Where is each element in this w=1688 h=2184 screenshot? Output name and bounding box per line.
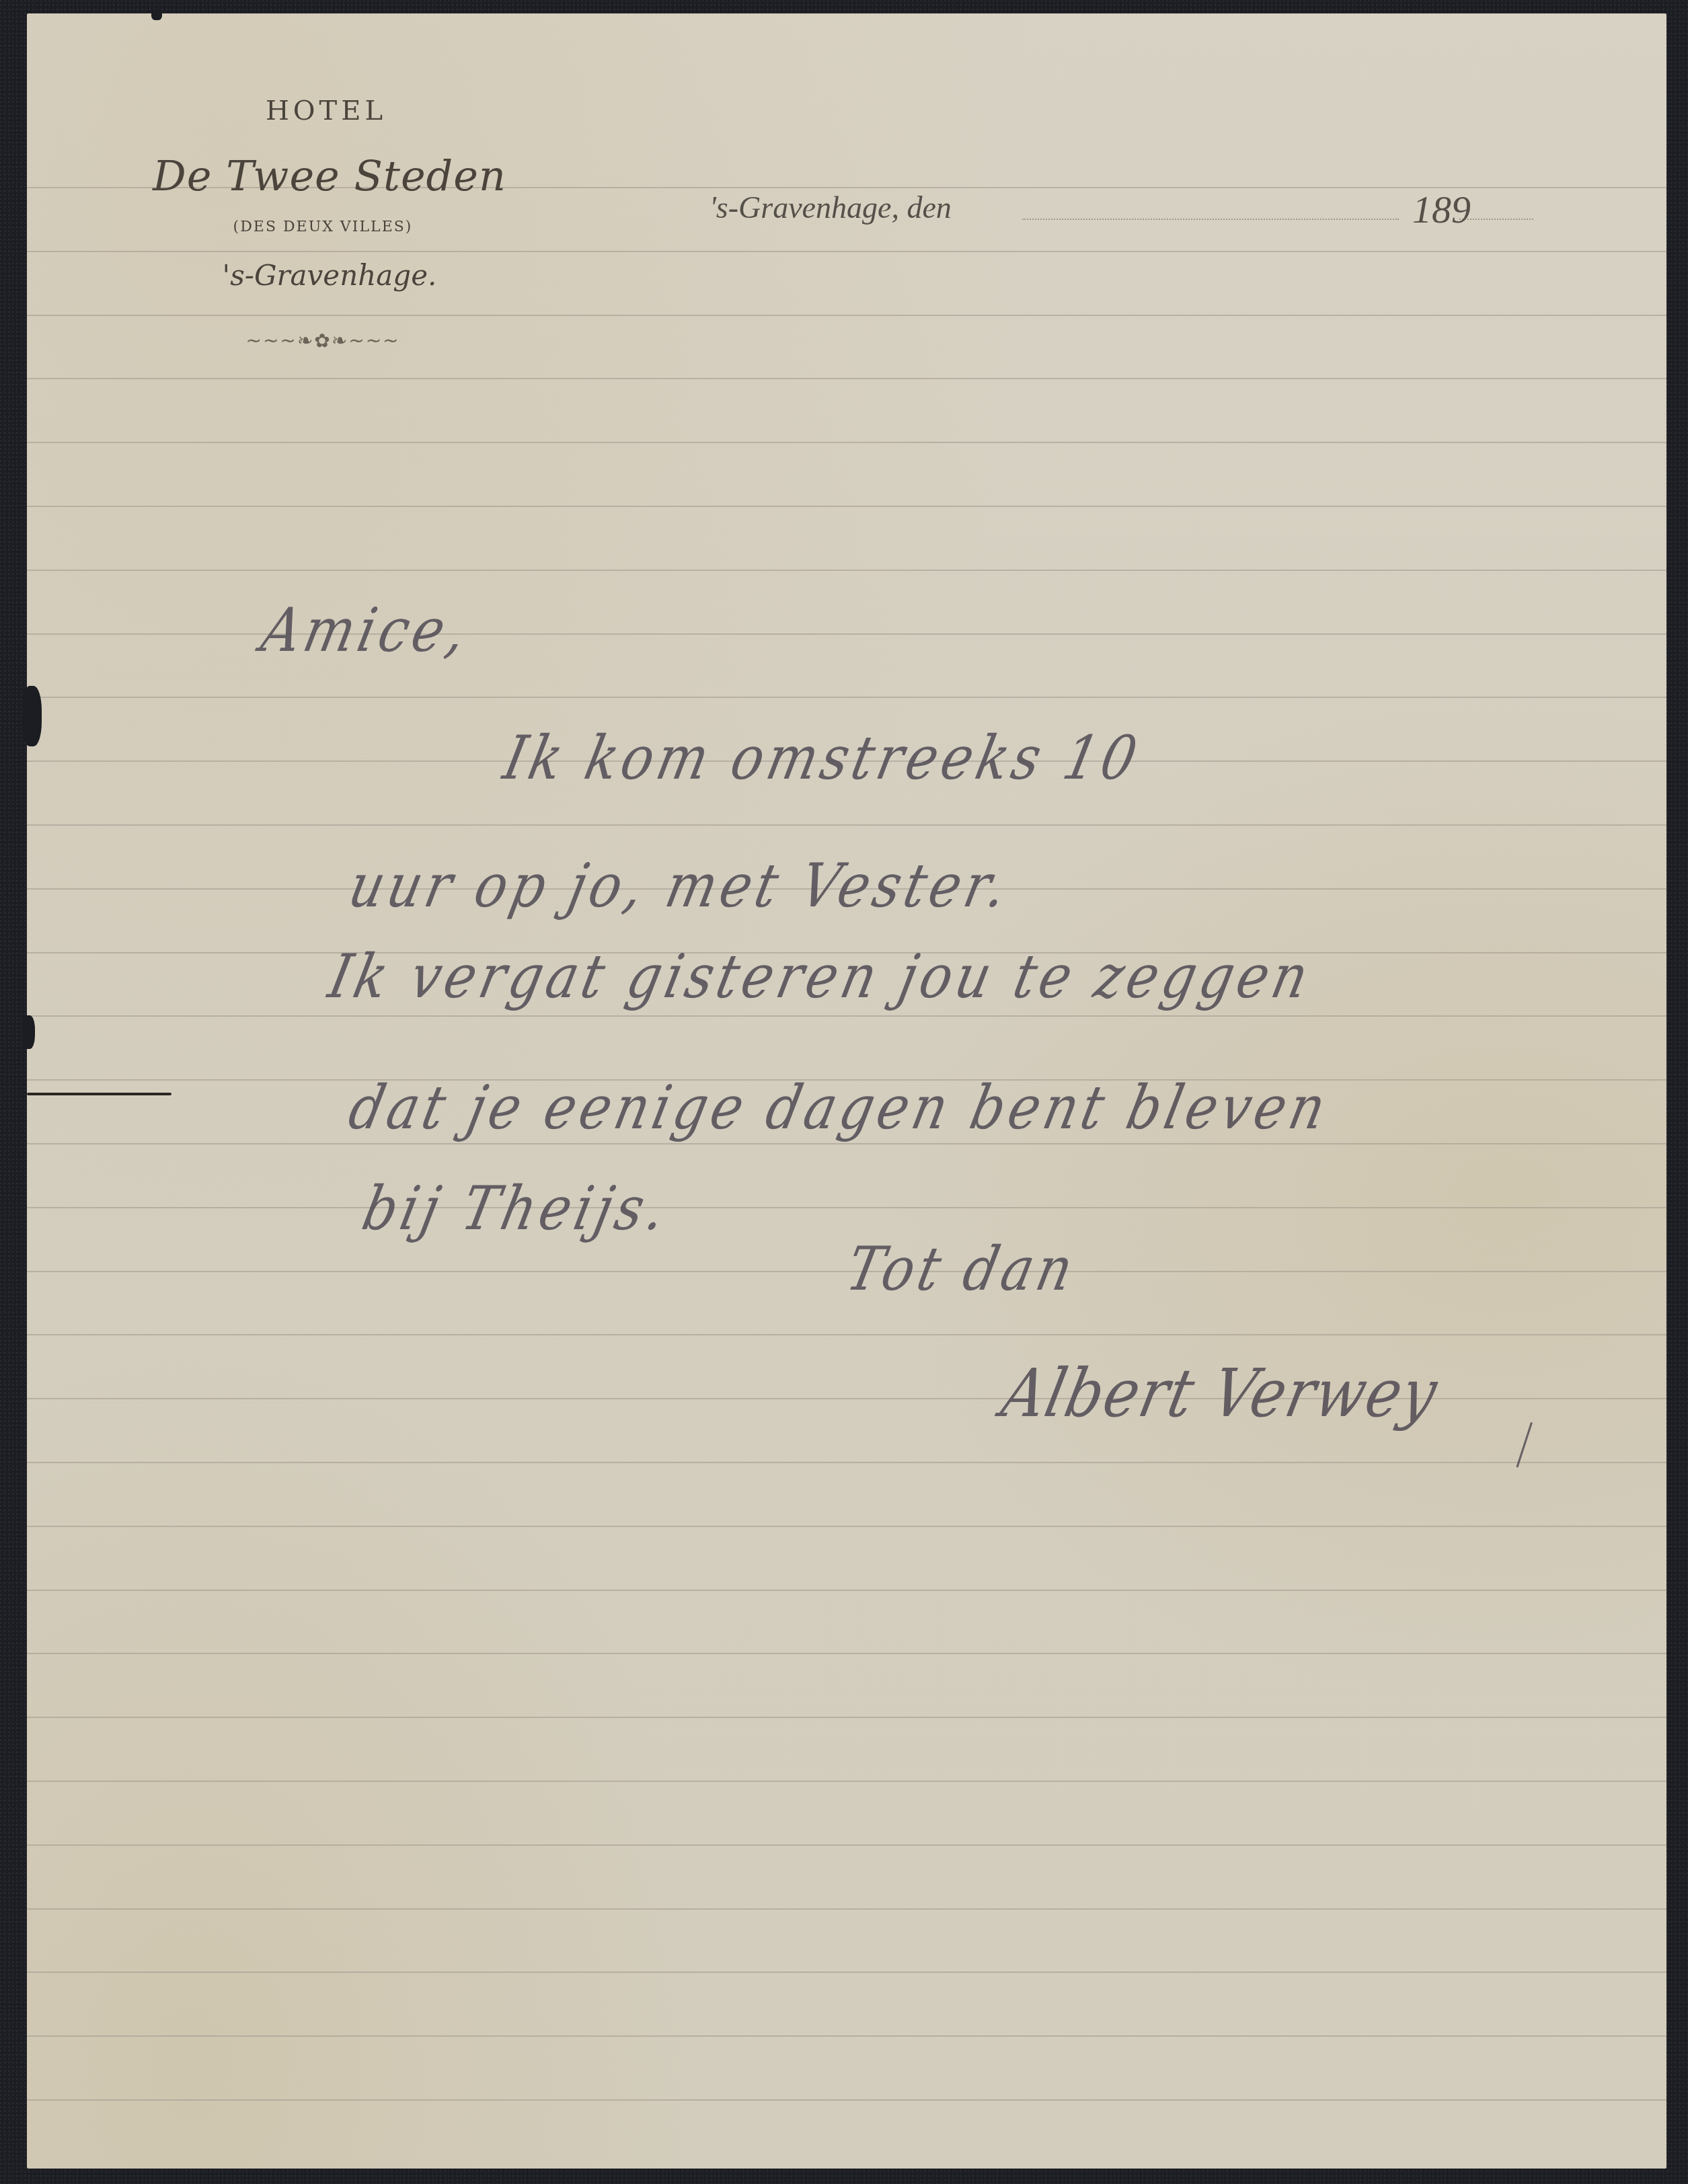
ruled-line	[27, 824, 1666, 826]
year-fill-line	[1459, 219, 1533, 220]
letter-line-3: Ik vergat gisteren jou te zeggen	[323, 943, 1318, 1013]
ruled-line	[27, 1462, 1666, 1463]
ruled-line	[27, 442, 1666, 443]
letterhead-hotel-name: De Twee Steden	[128, 151, 531, 200]
ruled-line	[27, 2099, 1666, 2101]
ruled-line	[27, 378, 1666, 379]
letter-line-1: Ik kom omstreeks 10	[498, 724, 1147, 794]
letterhead-subtitle: (DES DEUX VILLES)	[208, 219, 437, 235]
ruled-line	[27, 1526, 1666, 1527]
salutation: Amice,	[256, 596, 476, 666]
signature: Albert Verwey	[995, 1355, 1445, 1432]
letter-line-2: uur op jo, met Vester.	[343, 852, 1017, 922]
ruled-line	[27, 2035, 1666, 2037]
ruled-line	[27, 1334, 1666, 1335]
ruled-line	[27, 697, 1666, 698]
ruled-line	[27, 1781, 1666, 1782]
ruled-line	[27, 506, 1666, 507]
ruled-line	[27, 1972, 1666, 1973]
dateline-year: 189	[1412, 187, 1471, 232]
ruled-line	[27, 1908, 1666, 1910]
dateline-place: 's-Gravenhage, den	[709, 190, 952, 225]
letter-sheet: HOTEL De Twee Steden (DES DEUX VILLES) '…	[27, 13, 1666, 2169]
ruled-line	[27, 251, 1666, 252]
ruled-line	[27, 315, 1666, 316]
paper-edge-damage	[22, 686, 42, 746]
ruled-line	[27, 1015, 1666, 1017]
ruled-line	[27, 1590, 1666, 1591]
ruled-line	[27, 1653, 1666, 1654]
letter-line-5: bij Theijs.	[356, 1175, 675, 1245]
ruled-line	[27, 1271, 1666, 1272]
ruled-line	[27, 1207, 1666, 1208]
ruled-line	[27, 1717, 1666, 1718]
letter-line-4: dat je eenige dagen bent bleven	[343, 1074, 1336, 1144]
ruled-line	[27, 570, 1666, 571]
date-fill-line	[1022, 219, 1399, 220]
paper-edge-damage	[22, 1015, 35, 1049]
letterhead-city: 's-Gravenhage.	[171, 259, 488, 292]
ruled-line	[27, 1844, 1666, 1846]
ruled-line	[27, 1143, 1666, 1144]
closing: Tot dan	[841, 1235, 1083, 1305]
fold-tear	[27, 1093, 171, 1095]
letterhead-hotel: HOTEL	[215, 95, 437, 126]
ornament-icon: ~~~❧✿❧~~~	[222, 329, 424, 352]
paper-edge-damage	[151, 9, 162, 20]
